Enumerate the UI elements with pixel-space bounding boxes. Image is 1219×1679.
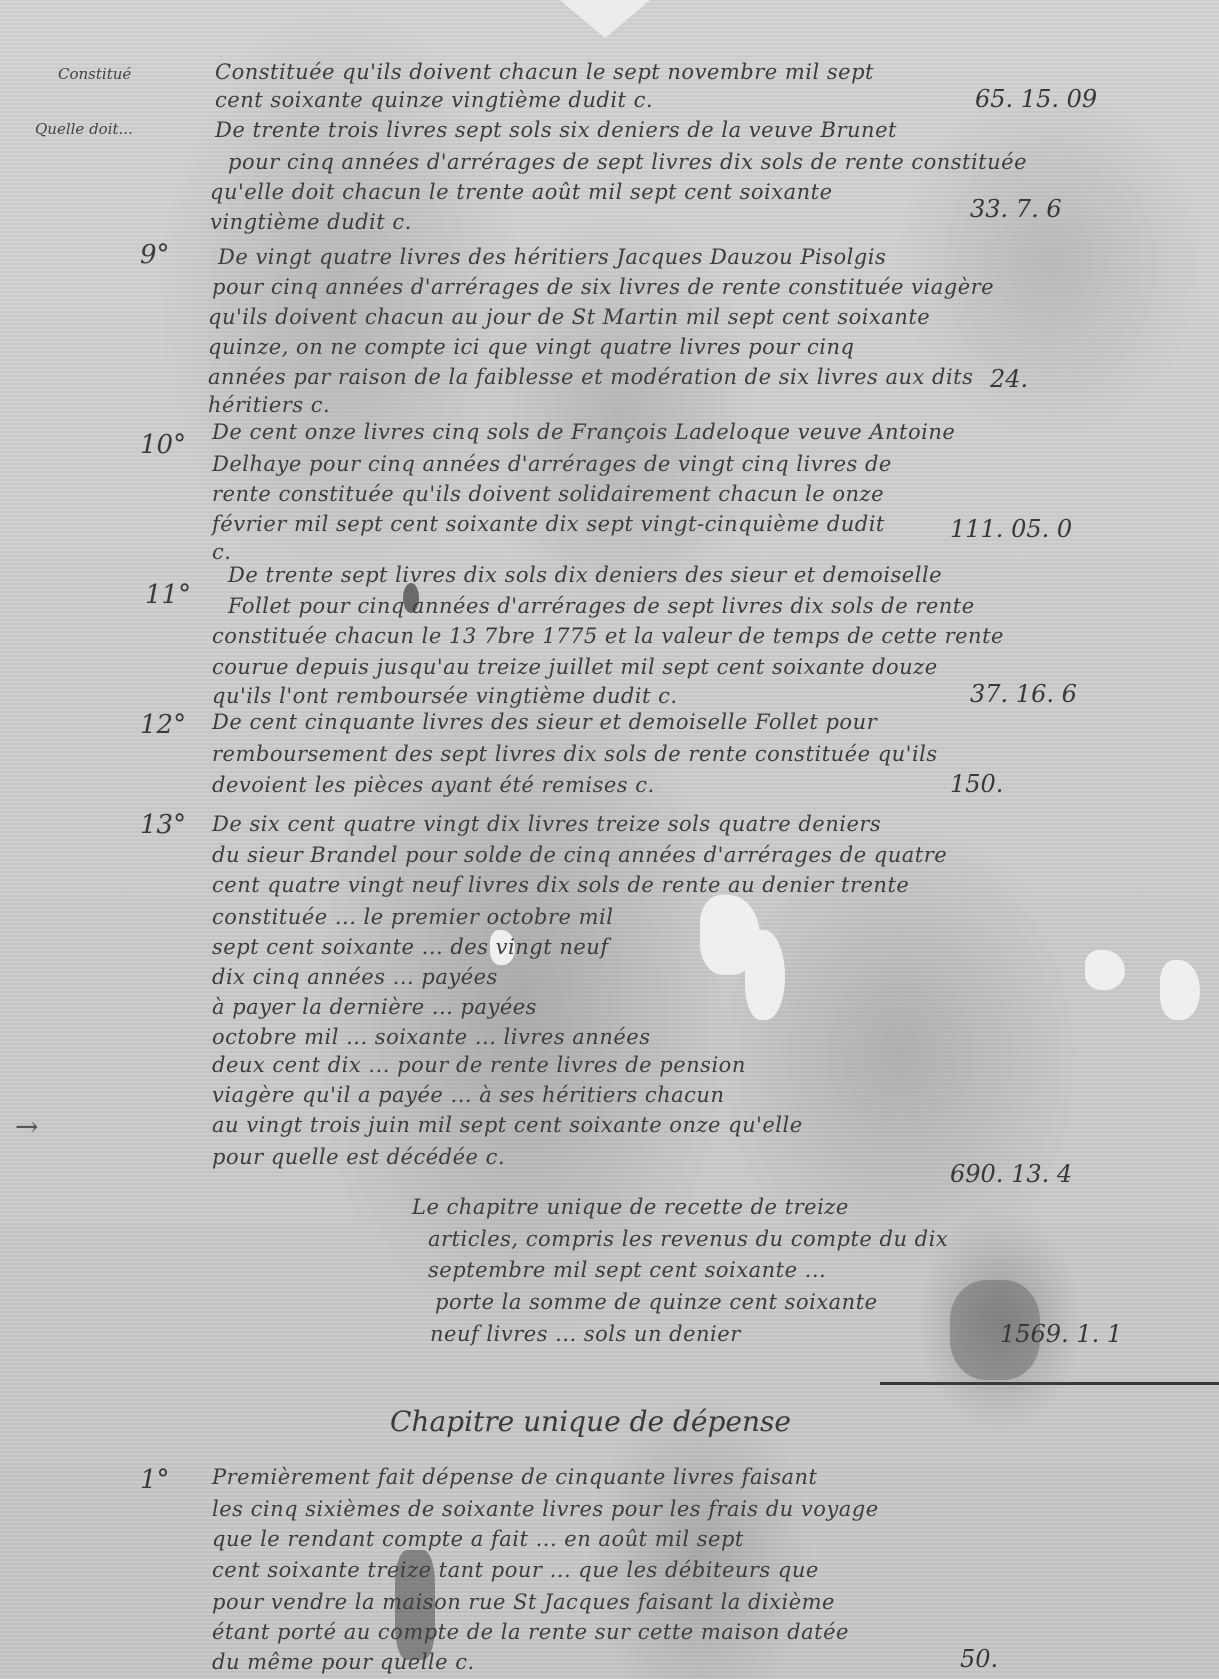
text-line: courue depuis jusqu'au treize juillet mi… xyxy=(212,655,938,679)
amount: 150. xyxy=(950,770,1003,798)
paper-tear xyxy=(560,0,650,38)
text-line: au vingt trois juin mil sept cent soixan… xyxy=(212,1113,803,1137)
text-line: que le rendant compte a fait ... en août… xyxy=(212,1527,744,1551)
text-line: c. xyxy=(212,540,231,564)
text-line: pour quelle est décédée c. xyxy=(212,1145,505,1169)
amount: 37. 16. 6 xyxy=(970,680,1077,708)
text-line: du même pour quelle c. xyxy=(212,1650,475,1674)
text-line: viagère qu'il a payée ... à ses héritier… xyxy=(212,1083,724,1107)
article-number: 13° xyxy=(140,810,186,840)
text-line: héritiers c. xyxy=(208,393,330,417)
article-number: 9° xyxy=(140,240,170,270)
text-line: devoient les pièces ayant été remises c. xyxy=(212,773,655,797)
text-line: Follet pour cinq années d'arrérages de s… xyxy=(228,594,975,618)
paper-hole xyxy=(1160,960,1200,1020)
text-line: vingtième dudit c. xyxy=(210,210,412,234)
summary-amount: 1569. 1. 1 xyxy=(1000,1320,1122,1348)
text-line: Premièrement fait dépense de cinquante l… xyxy=(212,1465,817,1489)
text-line: les cinq sixièmes de soixante livres pou… xyxy=(212,1497,879,1521)
text-line: qu'elle doit chacun le trente août mil s… xyxy=(210,180,833,204)
text-line: cent quatre vingt neuf livres dix sols d… xyxy=(212,873,909,897)
summary-line: septembre mil sept cent soixante ... xyxy=(428,1258,826,1282)
text-line: De cent onze livres cinq sols de Françoi… xyxy=(212,420,955,444)
text-line: dix cinq années ... payées xyxy=(212,965,498,989)
text-line: du sieur Brandel pour solde de cinq anné… xyxy=(212,843,947,867)
text-line: De vingt quatre livres des héritiers Jac… xyxy=(218,245,886,269)
text-line: pour vendre la maison rue St Jacques fai… xyxy=(212,1590,835,1614)
summary-line: neuf livres ... sols un denier xyxy=(430,1322,741,1346)
text-line: De six cent quatre vingt dix livres trei… xyxy=(212,812,881,836)
text-line: années par raison de la faiblesse et mod… xyxy=(208,365,973,389)
arrow-icon: → xyxy=(15,1110,38,1143)
amount: 111. 05. 0 xyxy=(950,515,1072,543)
text-line: qu'ils doivent chacun au jour de St Mart… xyxy=(208,305,930,329)
total-rule xyxy=(880,1382,1219,1385)
article-number: 11° xyxy=(145,580,191,610)
text-line: octobre mil ... soixante ... livres anné… xyxy=(212,1025,650,1049)
margin-note: Constitué xyxy=(58,65,131,83)
text-line: sept cent soixante ... des vingt neuf xyxy=(212,935,609,959)
summary-line: articles, compris les revenus du compte … xyxy=(428,1227,948,1251)
text-line: quinze, on ne compte ici que vingt quatr… xyxy=(208,335,854,359)
text-line: pour cinq années d'arrérages de sept liv… xyxy=(228,150,1027,174)
margin-note: Quelle doit... xyxy=(35,120,133,138)
text-line: Constituée qu'ils doivent chacun le sept… xyxy=(215,60,874,84)
text-line: De cent cinquante livres des sieur et de… xyxy=(212,710,877,734)
text-line: rente constituée qu'ils doivent solidair… xyxy=(212,482,884,506)
paper-hole xyxy=(745,930,785,1020)
article-number: 1° xyxy=(140,1465,170,1495)
text-line: De trente sept livres dix sols dix denie… xyxy=(228,563,942,587)
text-line: pour cinq années d'arrérages de six livr… xyxy=(212,275,994,299)
article-number: 10° xyxy=(140,430,186,460)
paper-hole xyxy=(1085,950,1125,990)
text-line: étant porté au compte de la rente sur ce… xyxy=(212,1620,849,1644)
amount: 33. 7. 6 xyxy=(970,195,1062,223)
amount: 65. 15. 09 xyxy=(975,85,1097,113)
summary-line: Le chapitre unique de recette de treize xyxy=(412,1195,849,1219)
text-line: qu'ils l'ont remboursée vingtième dudit … xyxy=(212,684,678,708)
amount: 50. xyxy=(960,1645,998,1673)
text-line: deux cent dix ... pour de rente livres d… xyxy=(212,1053,746,1077)
article-number: 12° xyxy=(140,710,186,740)
text-line: à payer la dernière ... payées xyxy=(212,995,537,1019)
text-line: février mil sept cent soixante dix sept … xyxy=(212,512,885,536)
text-line: Delhaye pour cinq années d'arrérages de … xyxy=(212,452,892,476)
summary-line: porte la somme de quinze cent soixante xyxy=(435,1290,878,1314)
text-line: constituée ... le premier octobre mil xyxy=(212,905,613,929)
amount: 24. xyxy=(990,365,1028,393)
text-line: cent soixante treize tant pour ... que l… xyxy=(212,1558,819,1582)
text-line: constituée chacun le 13 7bre 1775 et la … xyxy=(212,624,1004,648)
text-line: remboursement des sept livres dix sols d… xyxy=(212,742,938,766)
amount: 690. 13. 4 xyxy=(950,1160,1072,1188)
chapter-heading: Chapitre unique de dépense xyxy=(390,1405,791,1438)
text-line: De trente trois livres sept sols six den… xyxy=(215,118,897,142)
text-line: cent soixante quinze vingtième dudit c. xyxy=(215,88,653,112)
